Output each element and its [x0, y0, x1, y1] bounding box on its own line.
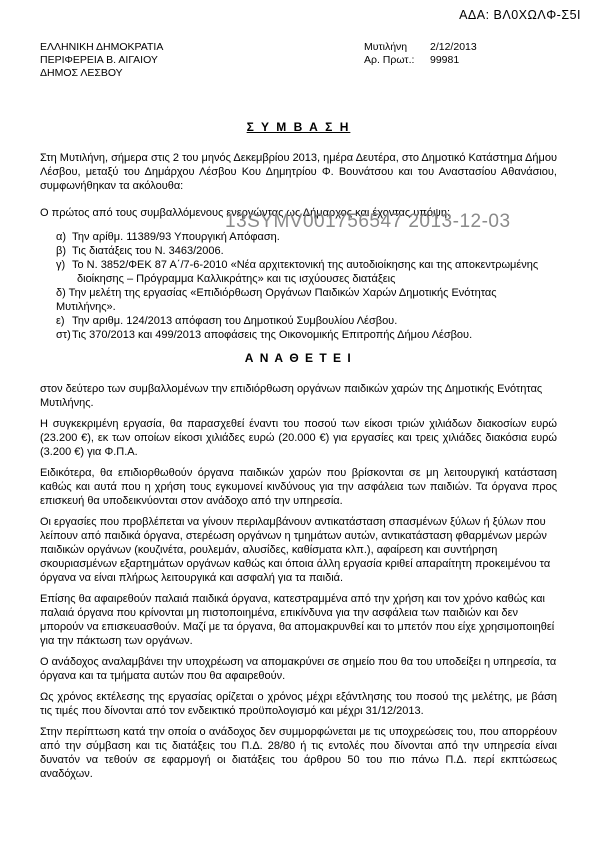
list-item-marker: δ)	[56, 287, 66, 299]
issuing-authority-block: ΕΛΛΗΝΙΚΗ ΔΗΜΟΚΡΑΤΙΑ ΠΕΡΙΦΕΡΕΙΑ Β. ΑΙΓΑΙΟ…	[40, 41, 163, 80]
place-date-row: Μυτιλήνη 2/12/2013	[364, 41, 477, 54]
list-item: α)Την αρίθμ. 11389/93 Υπουργική Απόφαση.	[56, 230, 557, 244]
document-title-text: Σ Υ Μ Β Α Σ Η	[247, 120, 351, 134]
document-date: 2/12/2013	[430, 41, 477, 54]
opening-paragraph: Στη Μυτιλήνη, σήμερα στις 2 του μηνός Δε…	[40, 151, 557, 193]
protocol-row: Αρ. Πρωτ.: 99981	[364, 54, 477, 67]
award-to-paragraph: στον δεύτερο των συμβαλλομένων την επιδι…	[40, 382, 557, 410]
penalty-paragraph: Στην περίπτωση κατά την οποία ο ανάδοχος…	[40, 725, 557, 781]
list-item-text: Την μελέτη της εργασίας «Επιδιόρθωση Οργ…	[56, 287, 497, 313]
list-item: γ)Το Ν. 3852/ΦΕΚ 87 Α΄/7-6-2010 «Νέα αρχ…	[56, 258, 557, 286]
list-item-marker: β)	[56, 244, 72, 258]
registry-stamp-watermark: 13SYMV001756547 2013-12-03	[225, 212, 511, 232]
details-paragraph: Ειδικότερα, θα επιδιορθωθούν όργανα παιδ…	[40, 466, 557, 508]
list-item-marker: γ)	[56, 258, 72, 272]
contract-document-page: ΑΔΑ: ΒΛ0ΧΩΛΦ-Σ5Ι ΕΛΛΗΝΙΚΗ ΔΗΜΟΚΡΑΤΙΑ ΠΕΡ…	[0, 0, 595, 842]
authority-line-region: ΠΕΡΙΦΕΡΕΙΑ Β. ΑΙΓΑΙΟΥ	[40, 54, 163, 67]
list-item: ε)Την αριθμ. 124/2013 απόφαση του Δημοτι…	[56, 314, 557, 328]
award-heading: Α Ν Α Θ Ε Τ Ε Ι	[40, 351, 557, 365]
works-paragraph: Οι εργασίες που προβλέπεται να γίνουν πε…	[40, 515, 557, 585]
document-title: Σ Υ Μ Β Α Σ Η	[40, 120, 557, 134]
authority-line-hellenic-republic: ΕΛΛΗΝΙΚΗ ΔΗΜΟΚΡΑΤΙΑ	[40, 41, 163, 54]
ada-code: ΑΔΑ: ΒΛ0ΧΩΛΦ-Σ5Ι	[459, 8, 581, 22]
list-item-marker: στ)	[56, 328, 72, 342]
list-item-text: Το Ν. 3852/ΦΕΚ 87 Α΄/7-6-2010 «Νέα αρχιτ…	[72, 259, 538, 285]
protocol-number: 99981	[430, 54, 459, 67]
document-body: Σ Υ Μ Β Α Σ Η Στη Μυτιλήνη, σήμερα στις …	[40, 120, 557, 788]
considerations-list: α)Την αρίθμ. 11389/93 Υπουργική Απόφαση.…	[56, 230, 557, 342]
list-item-marker: ε)	[56, 314, 72, 328]
place-label: Μυτιλήνη	[364, 41, 430, 54]
protocol-label: Αρ. Πρωτ.:	[364, 54, 430, 67]
list-item-marker: α)	[56, 230, 72, 244]
opening-section: Στη Μυτιλήνη, σήμερα στις 2 του μηνός Δε…	[40, 151, 557, 193]
duration-paragraph: Ως χρόνος εκτέλεσης της εργασίας ορίζετα…	[40, 690, 557, 718]
removal-paragraph: Επίσης θα αφαιρεθούν παλαιά παιδικά όργα…	[40, 592, 557, 648]
authority-line-municipality: ΔΗΜΟΣ ΛΕΣΒΟΥ	[40, 67, 163, 80]
amount-paragraph: Η συγκεκριμένη εργασία, θα παρασχεθεί έν…	[40, 417, 557, 459]
list-item-text: Τις διατάξεις του Ν. 3463/2006.	[72, 245, 224, 257]
list-item: δ) Την μελέτη της εργασίας «Επιδιόρθωση …	[56, 286, 557, 314]
contractor-obligation-paragraph: Ο ανάδοχος αναλαμβάνει την υποχρέωση να …	[40, 655, 557, 683]
date-protocol-block: Μυτιλήνη 2/12/2013 Αρ. Πρωτ.: 99981	[364, 41, 477, 67]
list-item-text: Τις 370/2013 και 499/2013 αποφάσεις της …	[72, 329, 472, 341]
list-item-text: Την αρίθμ. 11389/93 Υπουργική Απόφαση.	[72, 231, 280, 243]
list-item: στ)Τις 370/2013 και 499/2013 αποφάσεις τ…	[56, 328, 557, 342]
list-item-text: Την αριθμ. 124/2013 απόφαση του Δημοτικο…	[72, 315, 397, 327]
list-item: β)Τις διατάξεις του Ν. 3463/2006.	[56, 244, 557, 258]
